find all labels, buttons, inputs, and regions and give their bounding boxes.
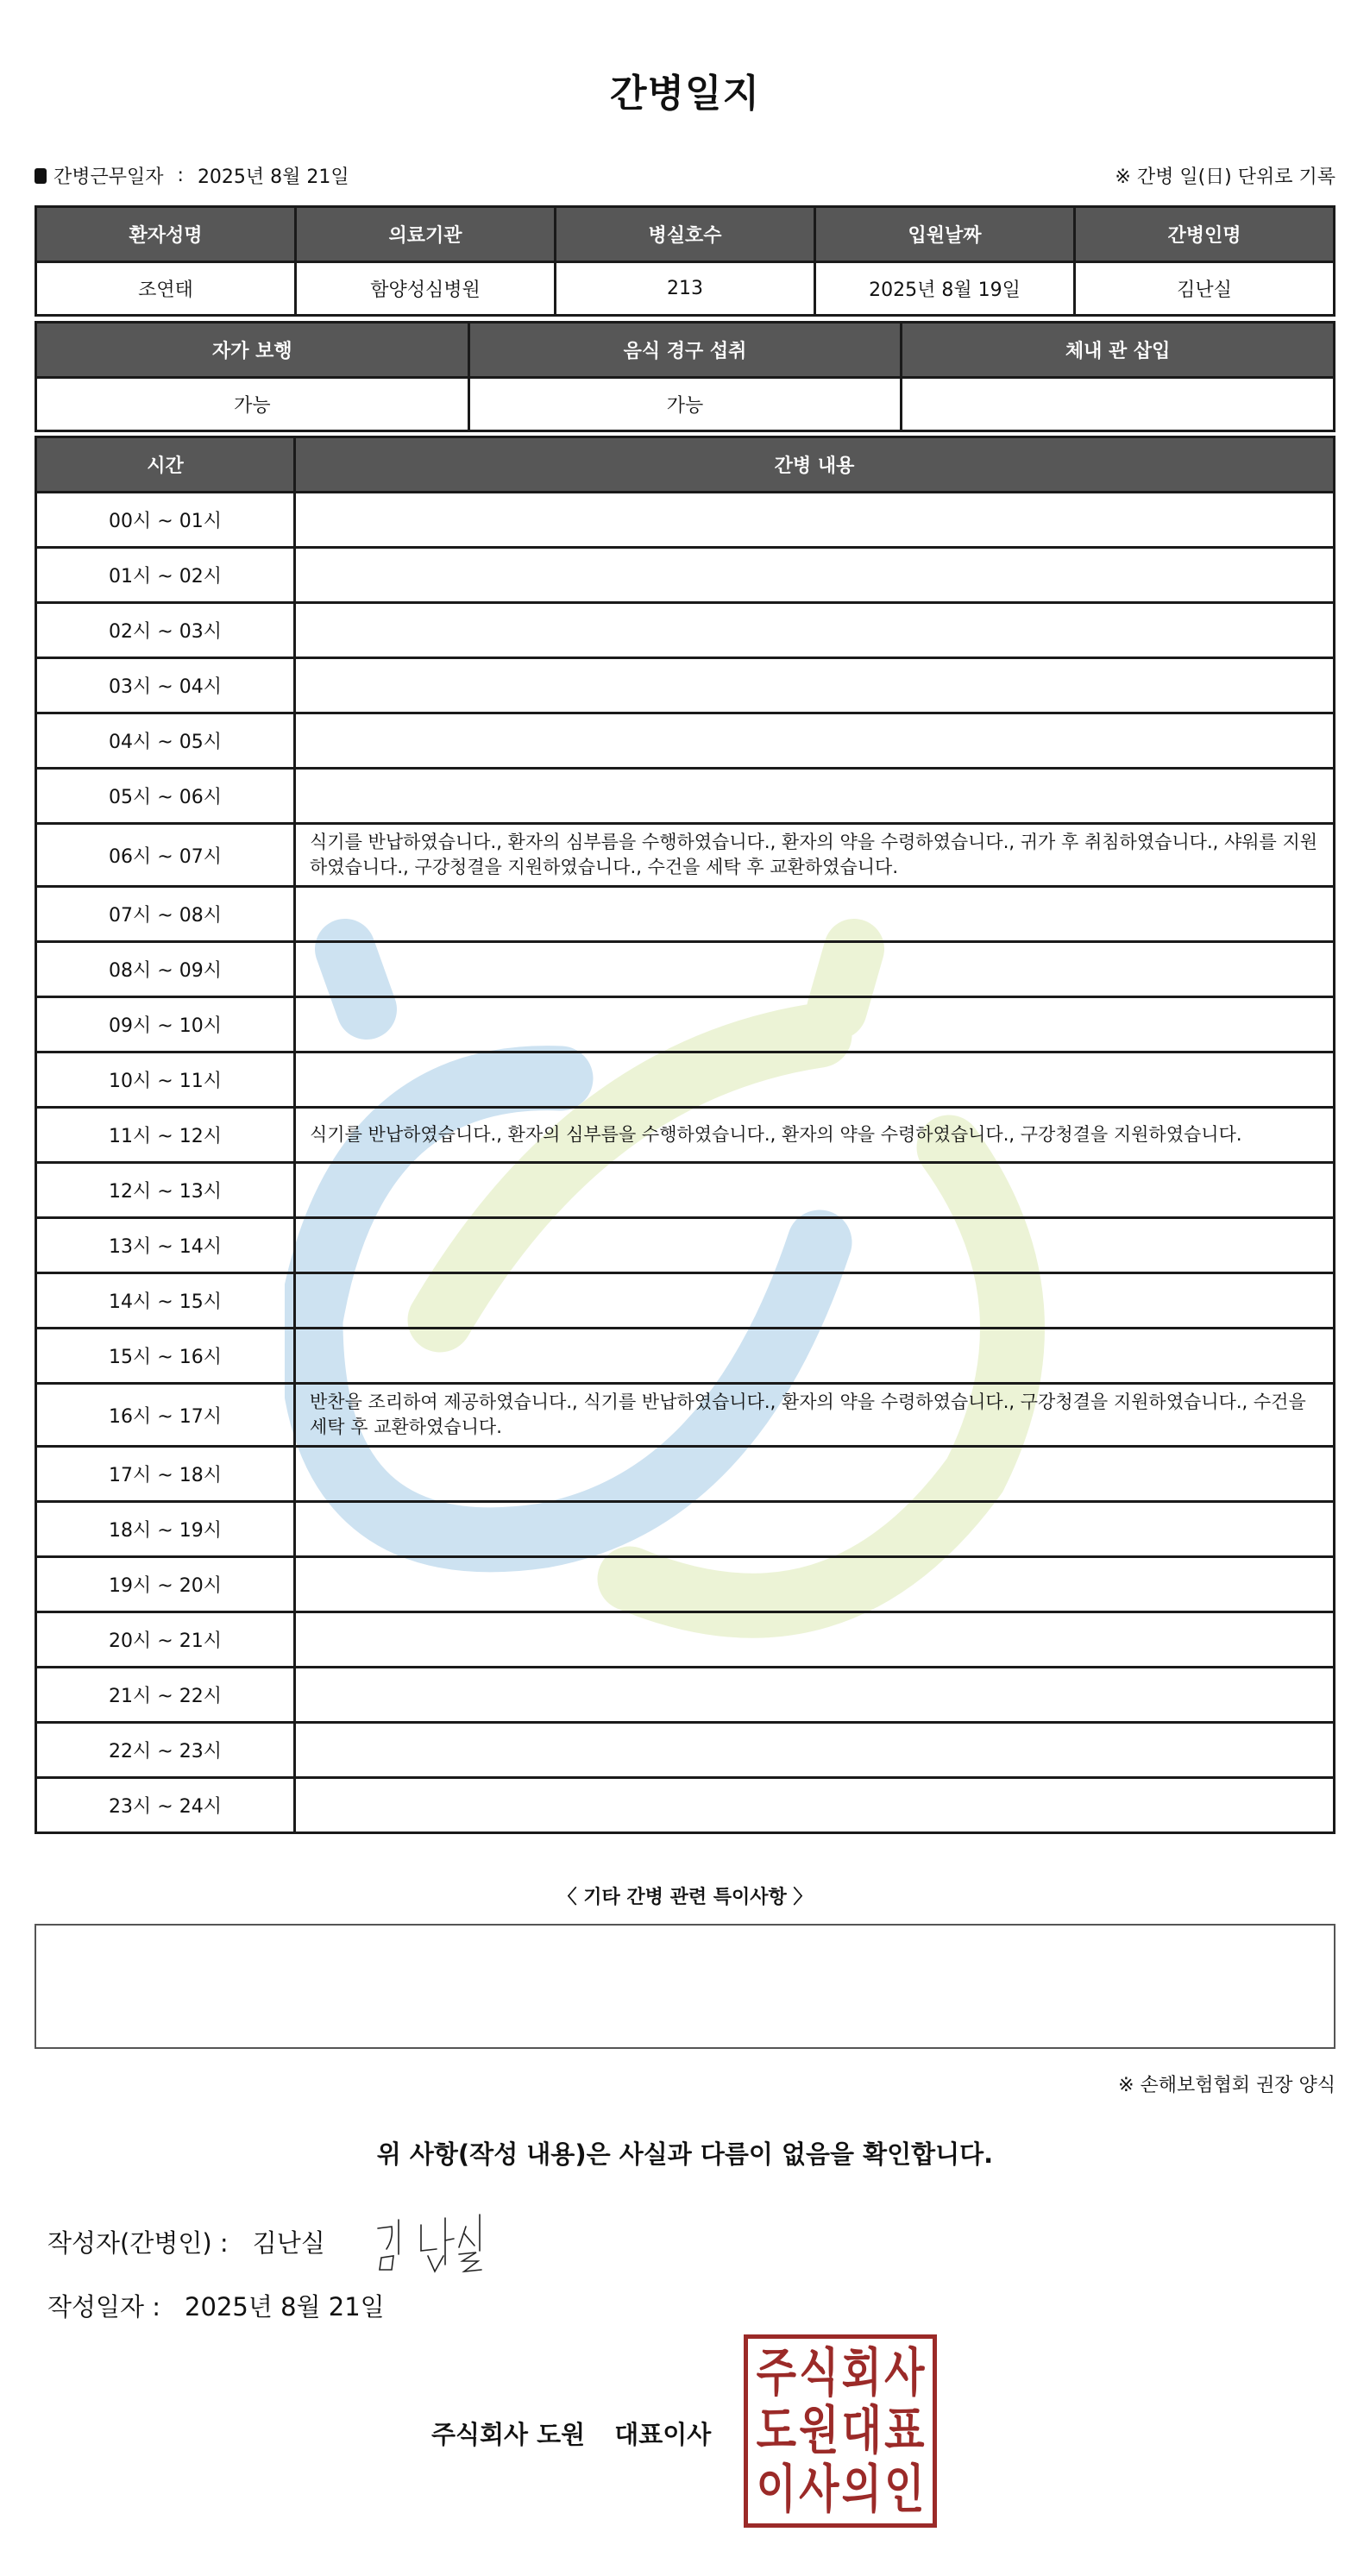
company-name: 주식회사 도원: [431, 2416, 585, 2451]
admission-date: 2025년 8월 19일: [815, 262, 1075, 316]
header-tube-insertion: 체내 관 삽입: [902, 323, 1335, 378]
log-row: 17시 ~ 18시: [36, 1447, 1335, 1502]
log-time: 01시 ~ 02시: [36, 548, 295, 603]
log-content: [295, 1668, 1335, 1723]
log-content: [295, 769, 1335, 824]
log-time: 22시 ~ 23시: [36, 1723, 295, 1778]
seal-character: 의: [840, 2453, 883, 2525]
log-time: 13시 ~ 14시: [36, 1218, 295, 1273]
work-date-line: 간병근무일자 : 2025년 8월 21일: [35, 162, 349, 189]
special-notes-label: 〈 기타 간병 관련 특이사항 〉: [0, 1882, 1370, 1909]
patient-name: 조연태: [36, 262, 296, 316]
log-row: 20시 ~ 21시: [36, 1612, 1335, 1668]
log-content: [295, 1273, 1335, 1329]
square-bullet-icon: [35, 168, 47, 184]
log-content: [295, 1612, 1335, 1668]
log-content: 식기를 반납하였습니다., 환자의 심부름을 수행하였습니다., 환자의 약을 …: [295, 824, 1335, 887]
header-admission-date: 입원날짜: [815, 207, 1075, 262]
association-form-note: ※ 손해보험협회 권장 양식: [1118, 2070, 1335, 2097]
header-time: 시간: [36, 437, 295, 493]
record-unit-note: ※ 간병 일(日) 단위로 기록: [1115, 162, 1335, 189]
log-content: [295, 493, 1335, 548]
log-row: 02시 ~ 03시: [36, 603, 1335, 658]
log-row: 06시 ~ 07시식기를 반납하였습니다., 환자의 심부름을 수행하였습니다.…: [36, 824, 1335, 887]
header-hospital: 의료기관: [296, 207, 556, 262]
log-content: [295, 713, 1335, 769]
writer-name: 김난실: [253, 2224, 325, 2259]
written-date-value: 2025년 8월 21일: [185, 2288, 385, 2323]
log-time: 20시 ~ 21시: [36, 1612, 295, 1668]
log-row: 16시 ~ 17시반찬을 조리하여 제공하였습니다., 식기를 반납하였습니다.…: [36, 1384, 1335, 1447]
seal-character: 이: [755, 2453, 798, 2525]
log-content: [295, 1723, 1335, 1778]
log-content: [295, 603, 1335, 658]
document-title: 간병일지: [0, 62, 1370, 117]
caregiver-name: 김난실: [1075, 262, 1335, 316]
writer-line: 작성자(간병인) : 김난실: [47, 2224, 325, 2259]
log-time: 05시 ~ 06시: [36, 769, 295, 824]
log-row: 08시 ~ 09시: [36, 942, 1335, 997]
company-line: 주식회사 도원 대표이사: [431, 2416, 711, 2451]
header-room-number: 병실호수: [556, 207, 815, 262]
log-content: 반찬을 조리하여 제공하였습니다., 식기를 반납하였습니다., 환자의 약을 …: [295, 1384, 1335, 1447]
log-row: 01시 ~ 02시: [36, 548, 1335, 603]
work-date-value: 2025년 8월 21일: [198, 162, 349, 189]
writer-label: 작성자(간병인) :: [47, 2224, 229, 2259]
header-care-content: 간병 내용: [295, 437, 1335, 493]
log-content: 식기를 반납하였습니다., 환자의 심부름을 수행하였습니다., 환자의 약을 …: [295, 1108, 1335, 1163]
confirmation-statement: 위 사항(작성 내용)은 사실과 다름이 없음을 확인합니다.: [0, 2135, 1370, 2171]
seal-character: 사: [798, 2453, 841, 2525]
log-row: 21시 ~ 22시: [36, 1668, 1335, 1723]
hospital-name: 함양성심병원: [296, 262, 556, 316]
separator: :: [178, 165, 184, 186]
log-time: 07시 ~ 08시: [36, 887, 295, 942]
log-time: 11시 ~ 12시: [36, 1108, 295, 1163]
log-content: [295, 1502, 1335, 1557]
log-row: 03시 ~ 04시: [36, 658, 1335, 713]
header-caregiver-name: 간병인명: [1075, 207, 1335, 262]
log-row: 12시 ~ 13시: [36, 1163, 1335, 1218]
log-time: 03시 ~ 04시: [36, 658, 295, 713]
log-row: 07시 ~ 08시: [36, 887, 1335, 942]
special-notes-box: [35, 1924, 1335, 2049]
header-patient-name: 환자성명: [36, 207, 296, 262]
log-content: [295, 658, 1335, 713]
written-date-line: 작성일자 : 2025년 8월 21일: [47, 2288, 385, 2323]
log-content: [295, 1447, 1335, 1502]
log-time: 09시 ~ 10시: [36, 997, 295, 1052]
log-time: 19시 ~ 20시: [36, 1557, 295, 1612]
log-content: [295, 942, 1335, 997]
log-time: 16시 ~ 17시: [36, 1384, 295, 1447]
log-row: 05시 ~ 06시: [36, 769, 1335, 824]
log-content: [295, 1163, 1335, 1218]
log-row: 14시 ~ 15시: [36, 1273, 1335, 1329]
log-time: 08시 ~ 09시: [36, 942, 295, 997]
log-content: [295, 1218, 1335, 1273]
log-row: 13시 ~ 14시: [36, 1218, 1335, 1273]
log-time: 15시 ~ 16시: [36, 1329, 295, 1384]
patient-status-table: 자가 보행 음식 경구 섭취 체내 관 삽입 가능 가능: [35, 321, 1335, 432]
log-time: 17시 ~ 18시: [36, 1447, 295, 1502]
log-time: 12시 ~ 13시: [36, 1163, 295, 1218]
log-content: [295, 887, 1335, 942]
log-row: 22시 ~ 23시: [36, 1723, 1335, 1778]
self-walking-value: 가능: [36, 378, 469, 431]
log-row: 04시 ~ 05시: [36, 713, 1335, 769]
patient-info-table: 환자성명 의료기관 병실호수 입원날짜 간병인명 조연태 함양성심병원 213 …: [35, 205, 1335, 317]
log-time: 04시 ~ 05시: [36, 713, 295, 769]
header-self-walking: 자가 보행: [36, 323, 469, 378]
log-time: 23시 ~ 24시: [36, 1778, 295, 1833]
company-seal-icon: 주식회사도원대표이사의인: [744, 2334, 937, 2528]
log-row: 19시 ~ 20시: [36, 1557, 1335, 1612]
log-content: [295, 1557, 1335, 1612]
log-row: 09시 ~ 10시: [36, 997, 1335, 1052]
work-date-label: 간병근무일자: [53, 162, 164, 189]
log-row: 00시 ~ 01시: [36, 493, 1335, 548]
log-row: 10시 ~ 11시: [36, 1052, 1335, 1108]
room-number: 213: [556, 262, 815, 316]
written-date-label: 작성일자 :: [47, 2288, 160, 2323]
log-row: 11시 ~ 12시식기를 반납하였습니다., 환자의 심부름을 수행하였습니다.…: [36, 1108, 1335, 1163]
tube-insertion-value: [902, 378, 1335, 431]
ceo-title: 대표이사: [614, 2416, 711, 2451]
log-content: [295, 1329, 1335, 1384]
handwritten-signature-icon: [373, 2213, 528, 2273]
log-time: 02시 ~ 03시: [36, 603, 295, 658]
log-time: 10시 ~ 11시: [36, 1052, 295, 1108]
log-time: 21시 ~ 22시: [36, 1668, 295, 1723]
log-content: [295, 1778, 1335, 1833]
log-content: [295, 1052, 1335, 1108]
oral-intake-value: 가능: [468, 378, 902, 431]
log-row: 15시 ~ 16시: [36, 1329, 1335, 1384]
seal-character: 인: [883, 2453, 927, 2525]
log-row: 23시 ~ 24시: [36, 1778, 1335, 1833]
care-log-table: 시간 간병 내용 00시 ~ 01시01시 ~ 02시02시 ~ 03시03시 …: [35, 436, 1335, 1834]
log-content: [295, 997, 1335, 1052]
log-time: 06시 ~ 07시: [36, 824, 295, 887]
log-row: 18시 ~ 19시: [36, 1502, 1335, 1557]
log-time: 00시 ~ 01시: [36, 493, 295, 548]
header-oral-intake: 음식 경구 섭취: [468, 323, 902, 378]
log-content: [295, 548, 1335, 603]
log-time: 18시 ~ 19시: [36, 1502, 295, 1557]
log-time: 14시 ~ 15시: [36, 1273, 295, 1329]
